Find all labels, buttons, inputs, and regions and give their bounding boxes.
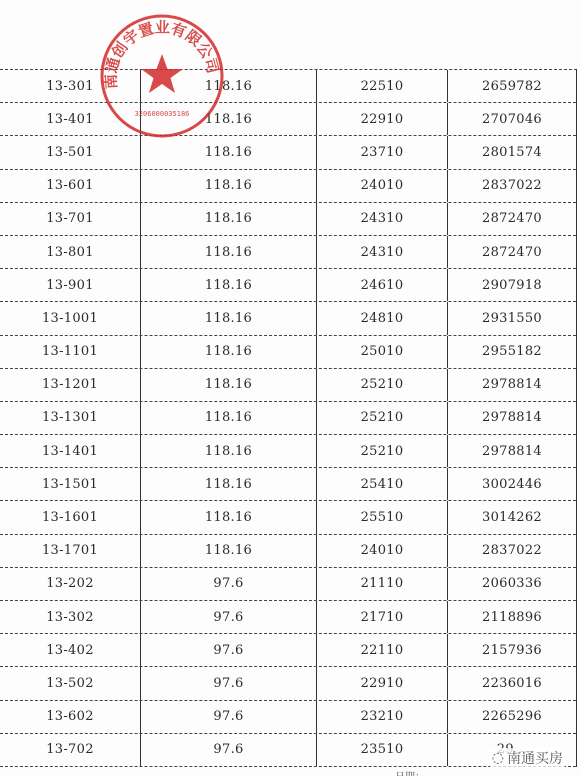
area-cell: 97.6 [141, 667, 317, 699]
total-price-cell: 2118896 [448, 601, 576, 633]
unit-price-cell: 24310 [317, 203, 448, 235]
table-row: 13-50297.6229102236016 [0, 667, 576, 700]
unit-price-cell: 21110 [317, 568, 448, 600]
room-cell: 13-502 [0, 667, 141, 699]
unit-price-cell: 22510 [317, 70, 448, 102]
table-row: 13-1601118.16255103014262 [0, 501, 576, 534]
area-cell: 118.16 [141, 535, 317, 567]
table-row: 13-501118.16237102801574 [0, 136, 576, 169]
area-cell: 97.6 [141, 701, 317, 733]
table-row: 13-1201118.16252102978814 [0, 369, 576, 402]
table-row: 13-901118.16246102907918 [0, 269, 576, 302]
unit-price-cell: 23710 [317, 136, 448, 168]
room-cell: 13-1701 [0, 535, 141, 567]
total-price-cell: 2872470 [448, 236, 576, 268]
unit-price-cell: 25510 [317, 501, 448, 533]
table-row: 13-1301118.16252102978814 [0, 402, 576, 435]
room-cell: 13-202 [0, 568, 141, 600]
unit-price-cell: 24010 [317, 170, 448, 202]
total-price-cell: 2837022 [448, 170, 576, 202]
table-row: 13-1001118.16248102931550 [0, 302, 576, 335]
room-cell: 13-402 [0, 634, 141, 666]
table-row: 13-60297.6232102265296 [0, 701, 576, 734]
room-cell: 13-901 [0, 269, 141, 301]
area-cell: 118.16 [141, 170, 317, 202]
area-cell: 97.6 [141, 734, 317, 766]
table-row: 13-701118.16243102872470 [0, 203, 576, 236]
area-cell: 118.16 [141, 203, 317, 235]
unit-price-cell: 24810 [317, 302, 448, 334]
total-price-cell: 2707046 [448, 103, 576, 135]
area-cell: 118.16 [141, 501, 317, 533]
room-cell: 13-1401 [0, 435, 141, 467]
unit-price-cell: 22110 [317, 634, 448, 666]
table-row: 13-601118.16240102837022 [0, 170, 576, 203]
room-cell: 13-302 [0, 601, 141, 633]
area-cell: 118.16 [141, 236, 317, 268]
unit-price-cell: 22910 [317, 667, 448, 699]
unit-price-cell: 25210 [317, 369, 448, 401]
total-price-cell: 2978814 [448, 402, 576, 434]
table-row: 13-20297.6211102060336 [0, 568, 576, 601]
unit-price-cell: 25210 [317, 435, 448, 467]
room-cell: 13-1601 [0, 501, 141, 533]
unit-price-cell: 24310 [317, 236, 448, 268]
unit-price-cell: 25010 [317, 336, 448, 368]
wechat-icon: ◌ [492, 750, 504, 766]
room-cell: 13-701 [0, 203, 141, 235]
total-price-cell: 2157936 [448, 634, 576, 666]
star-icon [141, 54, 183, 93]
unit-price-cell: 22910 [317, 103, 448, 135]
room-cell: 13-501 [0, 136, 141, 168]
room-cell: 13-702 [0, 734, 141, 766]
room-cell: 13-1101 [0, 336, 141, 368]
table-row: 13-301118.16225102659782 [0, 70, 576, 103]
price-table: 13-301118.1622510265978213-401118.162291… [0, 69, 577, 767]
table-row: 13-1401118.16252102978814 [0, 435, 576, 468]
room-cell: 13-1201 [0, 369, 141, 401]
total-price-cell: 2931550 [448, 302, 576, 334]
area-cell: 118.16 [141, 336, 317, 368]
total-price-cell: 3002446 [448, 468, 576, 500]
area-cell: 97.6 [141, 634, 317, 666]
total-price-cell: 2659782 [448, 70, 576, 102]
area-cell: 118.16 [141, 302, 317, 334]
seal-number: 3206000035186 [135, 110, 190, 118]
area-cell: 97.6 [141, 568, 317, 600]
table-row: 13-801118.16243102872470 [0, 236, 576, 269]
room-cell: 13-1501 [0, 468, 141, 500]
total-price-cell: 2837022 [448, 535, 576, 567]
unit-price-cell: 23210 [317, 701, 448, 733]
room-cell: 13-602 [0, 701, 141, 733]
area-cell: 118.16 [141, 402, 317, 434]
room-cell: 13-601 [0, 170, 141, 202]
area-cell: 118.16 [141, 369, 317, 401]
room-cell: 13-1001 [0, 302, 141, 334]
table-row: 13-30297.6217102118896 [0, 601, 576, 634]
unit-price-cell: 24610 [317, 269, 448, 301]
total-price-cell: 2236016 [448, 667, 576, 699]
company-seal: 南通创宇置业有限公司 3206000035186 [98, 12, 226, 140]
table-row: 13-1501118.16254103002446 [0, 468, 576, 501]
room-cell: 13-801 [0, 236, 141, 268]
table-row: 13-401118.16229102707046 [0, 103, 576, 136]
room-cell: 13-1301 [0, 402, 141, 434]
total-price-cell: 2801574 [448, 136, 576, 168]
wechat-watermark: ◌ 南通买房 [490, 748, 565, 768]
total-price-cell: 2060336 [448, 568, 576, 600]
unit-price-cell: 25410 [317, 468, 448, 500]
watermark-text: 南通买房 [507, 748, 563, 768]
area-cell: 118.16 [141, 136, 317, 168]
area-cell: 118.16 [141, 468, 317, 500]
table-row: 13-1701118.16240102837022 [0, 535, 576, 568]
total-price-cell: 3014262 [448, 501, 576, 533]
unit-price-cell: 23510 [317, 734, 448, 766]
footer-text: 日期： [395, 768, 425, 776]
total-price-cell: 2955182 [448, 336, 576, 368]
area-cell: 97.6 [141, 601, 317, 633]
table-row: 13-40297.6221102157936 [0, 634, 576, 667]
total-price-cell: 2872470 [448, 203, 576, 235]
total-price-cell: 2907918 [448, 269, 576, 301]
total-price-cell: 2978814 [448, 435, 576, 467]
area-cell: 118.16 [141, 435, 317, 467]
table-row: 13-1101118.16250102955182 [0, 336, 576, 369]
unit-price-cell: 25210 [317, 402, 448, 434]
total-price-cell: 2978814 [448, 369, 576, 401]
total-price-cell: 2265296 [448, 701, 576, 733]
unit-price-cell: 21710 [317, 601, 448, 633]
area-cell: 118.16 [141, 269, 317, 301]
unit-price-cell: 24010 [317, 535, 448, 567]
